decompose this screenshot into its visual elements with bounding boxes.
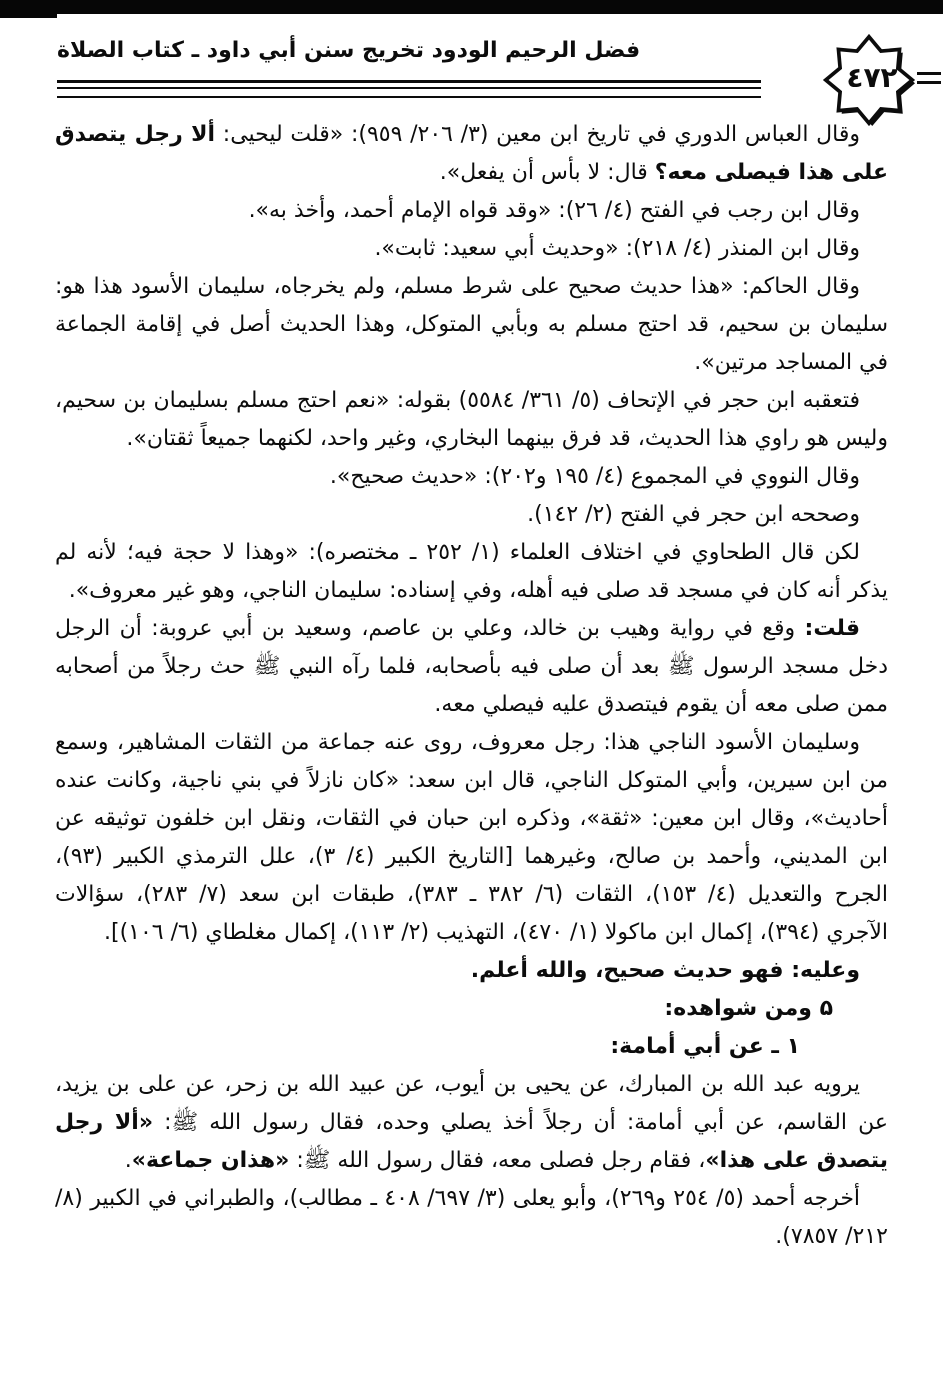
quote-ibn-hajar-ithaf: فتعقبه ابن حجر في الإتحاف (٥/ ٣٦١/ ٥٥٨٤)… xyxy=(55,382,888,458)
text-segment: ١ ـ عن أبي أمامة: xyxy=(610,1034,800,1059)
text-segment: ، فقام رجل فصلى معه، فقال رسول الله ﷺ: xyxy=(289,1148,705,1173)
text-segment: وسليمان الأسود الناجي هذا: رجل معروف، رو… xyxy=(55,730,888,945)
text-segment: قال: لا بأس أن يفعل». xyxy=(440,160,655,185)
quote-ibn-rajab: وقال ابن رجب في الفتح (٤/ ٢٦): «وقد قواه… xyxy=(55,192,888,230)
biography-sulayman-al-naji: وسليمان الأسود الناجي هذا: رجل معروف، رو… xyxy=(55,724,888,952)
header-rule-lines xyxy=(57,80,761,98)
text-segment: ۵ ومن شواهده: xyxy=(664,996,833,1021)
text-segment: «هذان جماعة» xyxy=(132,1148,290,1173)
text-segment: وعليه: فهو حديث صحيح، والله أعلم. xyxy=(471,958,860,983)
text-segment: وقال الحاكم: «هذا حديث صحيح على شرط مسلم… xyxy=(55,274,888,375)
text-segment: يرويه عبد الله بن المبارك، عن يحيى بن أي… xyxy=(55,1072,888,1135)
author-comment-qultu: قلت: وقع في رواية وهيب بن خالد، وعلي بن … xyxy=(55,610,888,724)
quote-al-tahawi: لكن قال الطحاوي في اختلاف العلماء (١/ ٢٥… xyxy=(55,534,888,610)
page-header: فضل الرحيم الودود تخريج سنن أبي داود ـ ك… xyxy=(0,0,943,125)
text-segment: وصححه ابن حجر في الفتح (٢/ ١٤٢). xyxy=(527,502,860,527)
text-segment: أخرجه أحمد (٥/ ٢٥٤ و٢٦٩)، وأبو يعلى (٣/ … xyxy=(55,1186,888,1249)
page-body: وقال العباس الدوري في تاريخ ابن معين (٣/… xyxy=(55,116,888,1256)
decorative-equals-lines xyxy=(917,72,941,90)
text-segment: وقال العباس الدوري في تاريخ ابن معين (٣/… xyxy=(215,122,860,147)
quote-ibn-al-mundhir: وقال ابن المنذر (٤/ ٢١٨): «وحديث أبي سعي… xyxy=(55,230,888,268)
text-segment: قلت: xyxy=(805,616,860,641)
quote-ibn-hajar-fath: وصححه ابن حجر في الفتح (٢/ ١٤٢). xyxy=(55,496,888,534)
quote-al-hakim: وقال الحاكم: «هذا حديث صحيح على شرط مسلم… xyxy=(55,268,888,382)
page-number: ٤٧٢ xyxy=(829,34,915,120)
shahid-1-takhrij: أخرجه أحمد (٥/ ٢٥٤ و٢٦٩)، وأبو يعلى (٣/ … xyxy=(55,1180,888,1256)
text-segment: وقال النووي في المجموع (٤/ ١٩٥ و٢٠٢): «ح… xyxy=(330,464,860,489)
conclusion-ruling: وعليه: فهو حديث صحيح، والله أعلم. xyxy=(55,952,888,990)
text-segment: وقال ابن المنذر (٤/ ٢١٨): «وحديث أبي سعي… xyxy=(374,236,860,261)
text-segment: فتعقبه ابن حجر في الإتحاف (٥/ ٣٦١/ ٥٥٨٤)… xyxy=(55,388,888,451)
text-segment: وقال ابن رجب في الفتح (٤/ ٢٦): «وقد قواه… xyxy=(249,198,860,223)
shahid-1-isnad: يرويه عبد الله بن المبارك، عن يحيى بن أي… xyxy=(55,1066,888,1180)
page-number-badge: ٤٧٢ xyxy=(823,34,915,126)
book-title: فضل الرحيم الودود تخريج سنن أبي داود ـ ك… xyxy=(57,38,640,63)
text-segment: وقع في رواية وهيب بن خالد، وعلي بن عاصم،… xyxy=(55,616,888,717)
header-rule-top xyxy=(57,80,761,83)
text-segment: . xyxy=(125,1148,132,1173)
book-page: فضل الرحيم الودود تخريج سنن أبي داود ـ ك… xyxy=(0,0,943,1397)
quote-al-abbas-al-duri: وقال العباس الدوري في تاريخ ابن معين (٣/… xyxy=(55,116,888,192)
header-rule-bottom xyxy=(57,87,761,98)
shawahid-heading: ۵ ومن شواهده: xyxy=(55,990,888,1028)
shahid-1-heading: ١ ـ عن أبي أمامة: xyxy=(55,1028,888,1066)
text-segment: لكن قال الطحاوي في اختلاف العلماء (١/ ٢٥… xyxy=(55,540,888,603)
quote-al-nawawi: وقال النووي في المجموع (٤/ ١٩٥ و٢٠٢): «ح… xyxy=(55,458,888,496)
